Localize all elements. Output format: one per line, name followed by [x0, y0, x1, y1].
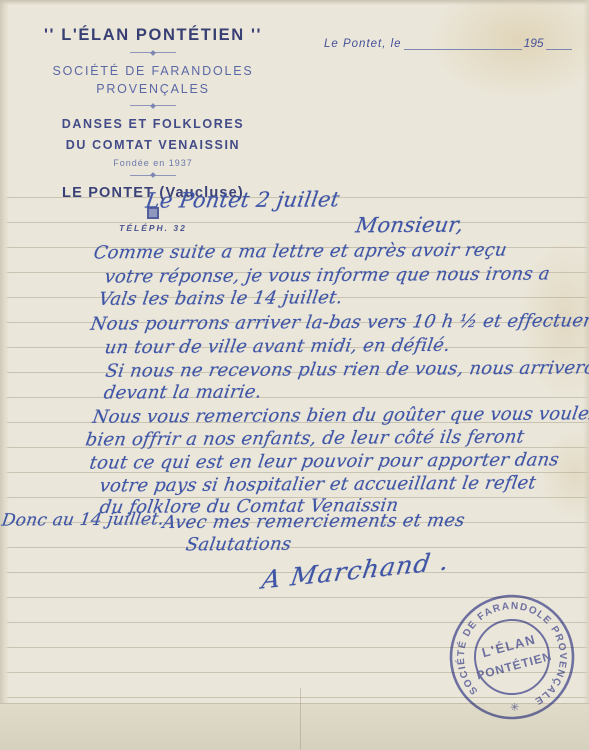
founded-note: Fondée en 1937 — [28, 158, 278, 168]
ornament-divider — [130, 175, 176, 179]
handwritten-line: votre réponse, je vous informe que nous … — [103, 263, 551, 287]
scanned-letter: '' L'ÉLAN PONTÉTIEN '' SOCIÉTÉ DE FARAND… — [0, 0, 589, 750]
handwritten-dateline: Le Pontet 2 juillet — [144, 187, 341, 212]
handwritten-line: devant la mairie. — [102, 381, 263, 403]
printed-dateline: Le Pontet, le 195 — [324, 36, 572, 50]
society-name-line2: PROVENÇALES — [28, 80, 278, 98]
phone-line: TÉLÉPH. 32 — [28, 223, 278, 233]
organization-title: '' L'ÉLAN PONTÉTIEN '' — [28, 26, 278, 45]
handwritten-line: votre pays si hospitalier et accueillant… — [98, 472, 537, 496]
dateline-year: 195 — [524, 36, 544, 50]
paper-stain — [430, 0, 589, 100]
handwritten-closing: Salutations — [184, 534, 293, 556]
handwritten-salutation: Monsieur, — [354, 213, 465, 238]
handwritten-line: un tour de ville avant midi, en défilé. — [103, 335, 451, 358]
stamp-bottom-symbol: ✳ — [510, 701, 520, 714]
dateline-blank — [404, 37, 522, 50]
handwritten-margin-note: Donc au 14 juillet. — [0, 509, 165, 530]
handwritten-line: Si nous ne recevons plus rien de vous, n… — [104, 357, 589, 382]
dateline-prefix: Le Pontet, le — [324, 38, 402, 50]
handwritten-line: tout ce qui est en leur pouvoir pour app… — [88, 449, 560, 473]
handwritten-line: Vals les bains le 14 juillet. — [97, 287, 344, 310]
handwritten-line: bien offrir a nos enfants, de leur côté … — [84, 426, 526, 450]
handwritten-line: Comme suite a ma lettre et après avoir r… — [92, 240, 508, 264]
handwritten-line: Avec mes remerciements et mes — [161, 510, 466, 533]
paper-crease — [300, 688, 301, 750]
ornament-divider — [130, 105, 176, 109]
dateline-blank-short — [546, 37, 572, 50]
subtitle-line1: DANSES ET FOLKLORES — [28, 115, 278, 134]
handwritten-line: Nous pourrons arriver la-bas vers 10 h ½… — [89, 310, 589, 334]
society-name-line1: SOCIÉTÉ DE FARANDOLES — [28, 62, 278, 80]
ornament-divider — [130, 52, 176, 56]
paper-edge-left — [0, 0, 9, 750]
handwritten-line: Nous vous remercions bien du goûter que … — [91, 403, 589, 428]
subtitle-line2: DU COMTAT VENAISSIN — [28, 136, 278, 155]
ink-stamp: SOCIÉTÉ DE FARANDOLE PROVENÇALE ✳ L'ÉLAN… — [437, 582, 586, 731]
